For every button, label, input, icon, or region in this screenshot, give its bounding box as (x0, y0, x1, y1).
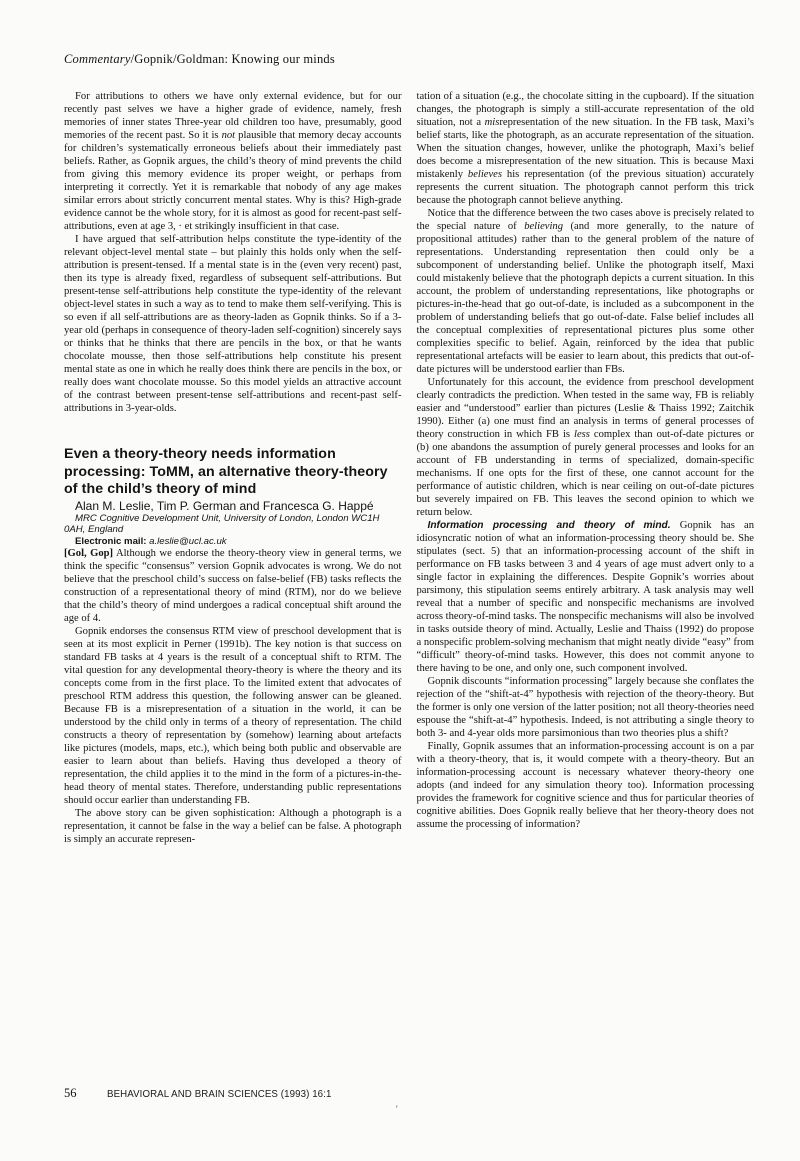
paragraph: Information processing and theory of min… (417, 519, 755, 675)
text-run-italic: believing (524, 221, 563, 232)
right-column: tation of a situation (e.g., the chocola… (417, 90, 755, 846)
journal-citation: BEHAVIORAL AND BRAIN SCIENCES (1993) 16:… (107, 1089, 331, 1100)
paragraph: The above story can be given sophisticat… (64, 807, 402, 846)
text-run-italic: mis (485, 117, 500, 128)
text-run-italic: believes (468, 169, 502, 180)
paragraph: Gopnik endorses the consensus RTM view o… (64, 625, 402, 807)
text-run: Although we endorse the theory-theory vi… (64, 548, 402, 624)
article-affiliation: MRC Cognitive Development Unit, Universi… (64, 513, 402, 536)
article-title: Even a theory-theory needs information p… (64, 446, 402, 499)
article-email: Electronic mail: a.leslie@ucl.ac.uk (64, 536, 402, 548)
text-run: complex than out-of-date pictures or (b)… (417, 429, 755, 518)
run-in-subheading: Information processing and theory of min… (428, 520, 671, 531)
paragraph: Gopnik discounts “information processing… (417, 675, 755, 740)
running-head-rest: /Gopnik/Goldman: Knowing our minds (131, 52, 335, 66)
text-run: (and more generally, to the nature of pr… (417, 221, 755, 375)
article-header: Even a theory-theory needs information p… (64, 446, 402, 547)
paragraph: I have argued that self-attribution help… (64, 233, 402, 415)
text-run: Gopnik has an idiosyncratic notion of wh… (417, 520, 755, 674)
two-column-text: For attributions to others we have only … (64, 90, 754, 846)
running-head: Commentary/Gopnik/Goldman: Knowing our m… (64, 52, 335, 67)
page-number: 56 (64, 1086, 77, 1101)
commentary-target-tag: [Gol, Gop] (64, 548, 113, 559)
paragraph: Unfortunately for this account, the evid… (417, 376, 755, 519)
paragraph: Notice that the difference between the t… (417, 207, 755, 376)
article-authors: Alan M. Leslie, Tim P. German and France… (64, 499, 402, 513)
text-run-italic: less (574, 429, 590, 440)
paragraph: tation of a situation (e.g., the chocola… (417, 90, 755, 207)
scan-artifact-mark: ' (396, 1104, 398, 1114)
paragraph: Finally, Gopnik assumes that an informat… (417, 740, 755, 831)
paragraph: [Gol, Gop] Although we endorse the theor… (64, 547, 402, 625)
paragraph: For attributions to others we have only … (64, 90, 402, 233)
text-run-italic: not (222, 130, 236, 141)
left-column: For attributions to others we have only … (64, 90, 402, 846)
running-head-section: Commentary (64, 52, 131, 66)
journal-page: Commentary/Gopnik/Goldman: Knowing our m… (0, 0, 800, 1161)
email-address: a.leslie@ucl.ac.uk (149, 536, 226, 547)
page-footer: 56 BEHAVIORAL AND BRAIN SCIENCES (1993) … (64, 1086, 754, 1101)
text-run: plausible that memory decay accounts for… (64, 130, 402, 232)
email-label: Electronic mail: (75, 536, 146, 547)
